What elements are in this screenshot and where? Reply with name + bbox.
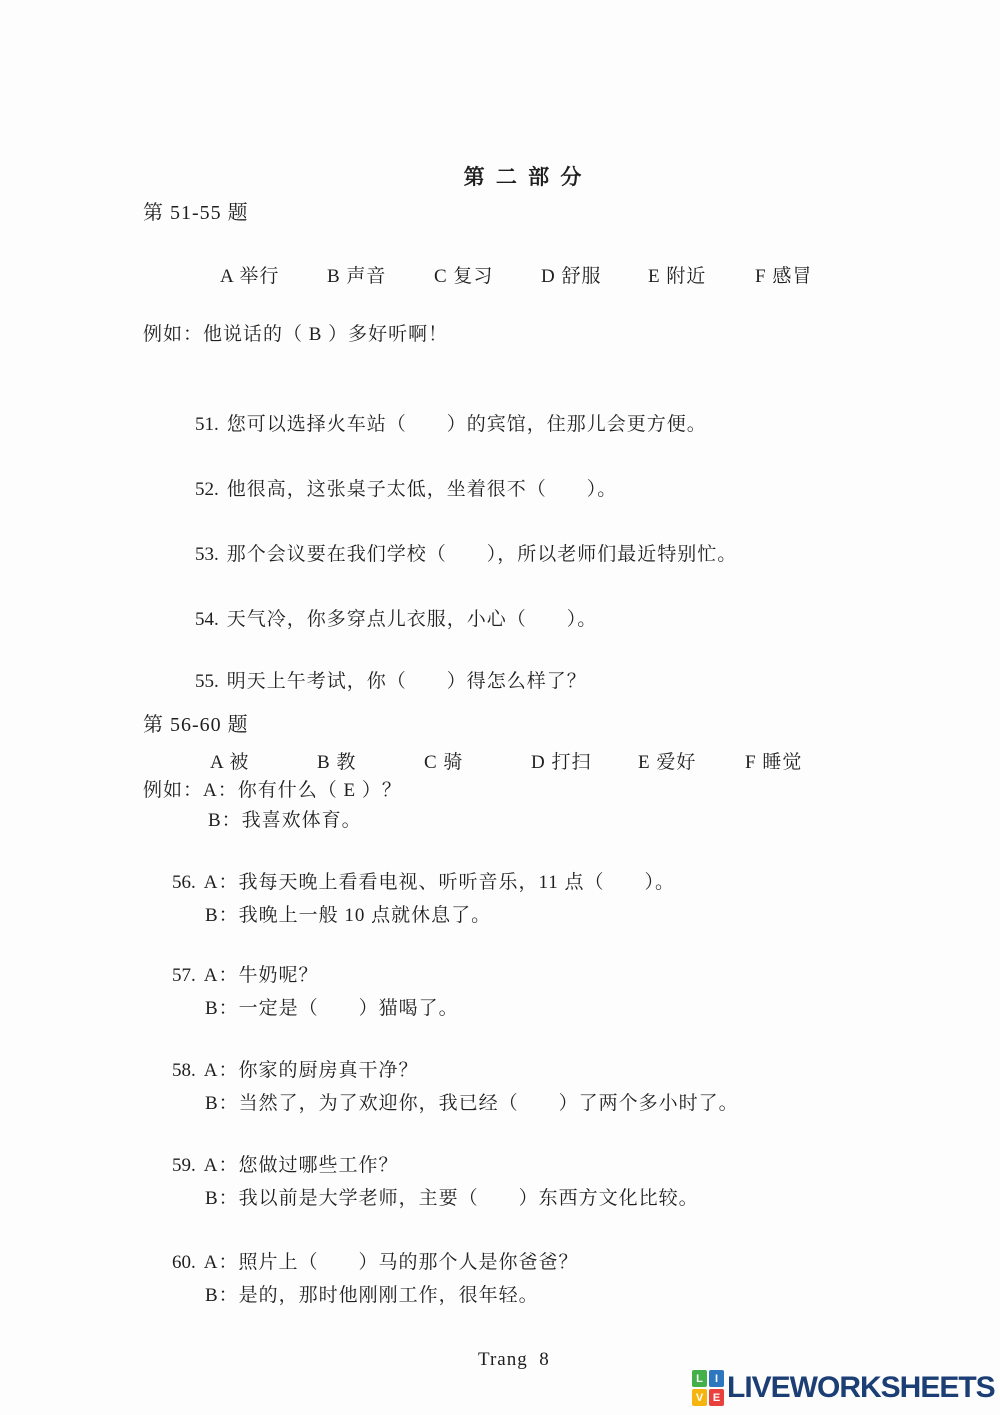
dialog-line-b: B：是的，那时他刚刚工作，很年轻。 xyxy=(205,1284,578,1307)
question-text: 他很高，这张桌子太低，坐着很不（ ）。 xyxy=(227,479,618,500)
question-number: 60. xyxy=(172,1252,196,1273)
question-text: 明天上午考试，你（ ）得怎么样了？ xyxy=(227,671,587,692)
question-57: 57.A：牛奶呢？ B：一定是（ ）猫喝了。 xyxy=(172,964,459,1020)
dialog-line-b: B：一定是（ ）猫喝了。 xyxy=(205,997,459,1020)
question-51: 51.您可以选择火车站（ ）的宾馆，住那儿会更方便。 xyxy=(172,390,707,459)
question-number: 52. xyxy=(195,479,219,500)
dialog-line-b: B：当然了，为了欢迎你，我已经（ ）了两个多小时了。 xyxy=(205,1092,739,1115)
logo-tile-i: I xyxy=(709,1370,724,1387)
worksheet-page: 第 二 部 分 第 51-55 题 A 举行 B 声音 C 复习 D 舒服 E … xyxy=(0,0,1000,1415)
footer-page-number: Trang 8 xyxy=(478,1349,550,1371)
option-a: A 被 xyxy=(210,747,317,774)
dialog-line-a: 57.A：牛奶呢？ xyxy=(172,964,459,987)
question-53: 53.那个会议要在我们学校（ ），所以老师们最近特别忙。 xyxy=(172,520,737,589)
question-number: 59. xyxy=(172,1155,196,1176)
question-55: 55.明天上午考试，你（ ）得怎么样了？ xyxy=(172,647,587,716)
logo-tile-v: V xyxy=(692,1389,707,1406)
section1-header: 第 51-55 题 xyxy=(143,196,249,225)
question-54: 54.天气冷，你多穿点儿衣服，小心（ ）。 xyxy=(172,585,597,654)
option-b: B 教 xyxy=(317,747,424,774)
option-a: A 举行 xyxy=(220,261,327,288)
question-text: 那个会议要在我们学校（ ），所以老师们最近特别忙。 xyxy=(227,544,738,565)
dialog-line-a: 59.A：您做过哪些工作？ xyxy=(172,1154,699,1177)
liveworksheets-logo-icon: L I V E xyxy=(692,1370,724,1406)
option-f: F 睡觉 xyxy=(745,747,852,774)
question-number: 51. xyxy=(195,414,219,435)
question-number: 53. xyxy=(195,544,219,565)
option-d: D 舒服 xyxy=(541,261,648,288)
question-text: 您可以选择火车站（ ）的宾馆，住那儿会更方便。 xyxy=(227,414,707,435)
option-e: E 附近 xyxy=(648,261,755,288)
dialog-text-a: A：照片上（ ）马的那个人是你爸爸？ xyxy=(204,1252,579,1273)
section2-example-a: 例如：A：你有什么（ E ）？ xyxy=(143,779,402,802)
question-number: 57. xyxy=(172,965,196,986)
dialog-text-a: A：你家的厨房真干净？ xyxy=(204,1060,419,1081)
dialog-text-a: A：牛奶呢？ xyxy=(204,965,319,986)
question-52: 52.他很高，这张桌子太低，坐着很不（ ）。 xyxy=(172,455,617,524)
option-c: C 复习 xyxy=(434,261,541,288)
logo-wordmark: LIVEWORKSHEETS xyxy=(727,1373,995,1403)
dialog-text-a: A：您做过哪些工作？ xyxy=(204,1155,399,1176)
question-58: 58.A：你家的厨房真干净？ B：当然了，为了欢迎你，我已经（ ）了两个多小时了… xyxy=(172,1059,739,1115)
dialog-line-b: B：我以前是大学老师，主要（ ）东西方文化比较。 xyxy=(205,1187,699,1210)
question-text: 天气冷，你多穿点儿衣服，小心（ ）。 xyxy=(227,609,598,630)
page-title: 第 二 部 分 xyxy=(0,161,1000,191)
logo-tile-l: L xyxy=(692,1370,707,1387)
question-56: 56.A：我每天晚上看看电视、听听音乐，11 点（ ）。 B：我晚上一般 10 … xyxy=(172,871,675,927)
option-e: E 爱好 xyxy=(638,747,745,774)
question-number: 56. xyxy=(172,872,196,893)
dialog-line-b: B：我晚上一般 10 点就休息了。 xyxy=(205,904,675,927)
section2-options: A 被 B 教 C 骑 D 打扫 E 爱好 F 睡觉 xyxy=(210,747,852,774)
logo-tile-e: E xyxy=(709,1389,724,1406)
question-60: 60.A：照片上（ ）马的那个人是你爸爸？ B：是的，那时他刚刚工作，很年轻。 xyxy=(172,1251,578,1307)
question-59: 59.A：您做过哪些工作？ B：我以前是大学老师，主要（ ）东西方文化比较。 xyxy=(172,1154,699,1210)
option-d: D 打扫 xyxy=(531,747,638,774)
option-c: C 骑 xyxy=(424,747,531,774)
liveworksheets-logo[interactable]: L I V E LIVEWORKSHEETS xyxy=(692,1370,995,1406)
section1-options: A 举行 B 声音 C 复习 D 舒服 E 附近 F 感冒 xyxy=(220,261,862,288)
dialog-line-a: 56.A：我每天晚上看看电视、听听音乐，11 点（ ）。 xyxy=(172,871,675,894)
question-number: 54. xyxy=(195,609,219,630)
option-f: F 感冒 xyxy=(755,261,862,288)
section1-example: 例如：他说话的（ B ）多好听啊！ xyxy=(143,323,448,346)
section2-example-b: B：我喜欢体育。 xyxy=(208,809,362,832)
dialog-line-a: 60.A：照片上（ ）马的那个人是你爸爸？ xyxy=(172,1251,578,1274)
dialog-line-a: 58.A：你家的厨房真干净？ xyxy=(172,1059,739,1082)
dialog-text-a: A：我每天晚上看看电视、听听音乐，11 点（ ）。 xyxy=(204,872,675,893)
section2-header: 第 56-60 题 xyxy=(143,708,249,737)
option-b: B 声音 xyxy=(327,261,434,288)
question-number: 58. xyxy=(172,1060,196,1081)
question-number: 55. xyxy=(195,671,219,692)
